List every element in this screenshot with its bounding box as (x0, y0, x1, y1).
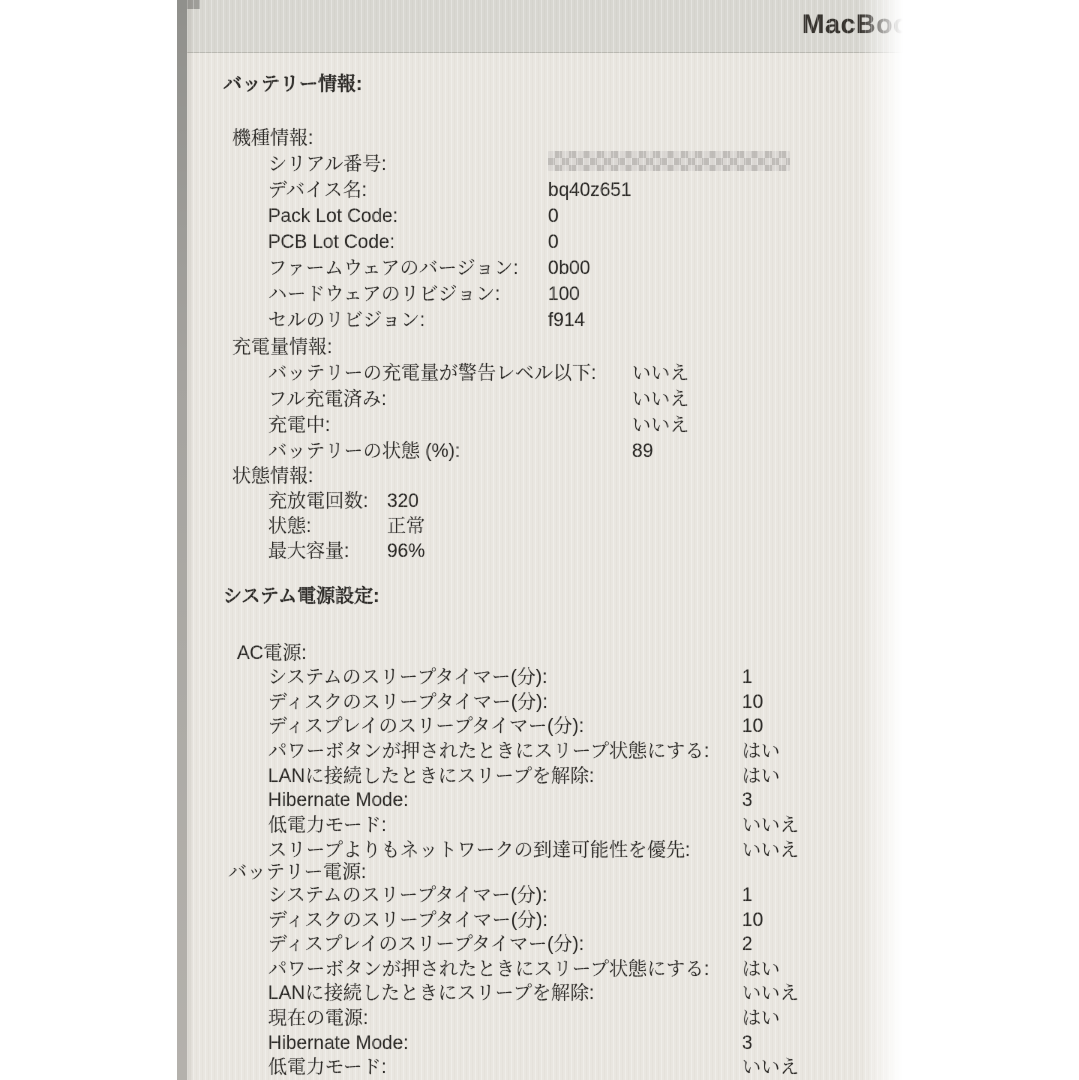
row-value (548, 151, 790, 171)
info-row: バッテリーの状態 (%): 89 (187, 442, 903, 468)
ac-power-heading: AC電源: (237, 644, 307, 663)
setting-row: LANに接続したときにスリープを解除: はい (187, 767, 903, 792)
setting-row: システムのスリープタイマー(分): 1 (187, 668, 903, 693)
row-value: いいえ (742, 984, 799, 1003)
row-value: 1 (742, 668, 753, 687)
info-row: デバイス名: bq40z651 (187, 181, 903, 207)
row-label: 最大容量: (268, 542, 349, 561)
info-row: PCB Lot Code: 0 (187, 233, 903, 259)
row-label: PCB Lot Code: (268, 233, 395, 252)
row-value: 2 (742, 935, 753, 954)
screen-bezel-edge (177, 0, 187, 1080)
row-value: 10 (742, 911, 763, 930)
setting-row: システムのスリープタイマー(分): 1 (187, 886, 903, 911)
row-value: いいえ (742, 841, 799, 860)
row-label: ハードウェアのリビジョン: (268, 285, 500, 304)
info-row: ハードウェアのリビジョン: 100 (187, 285, 903, 311)
row-value: 10 (742, 693, 763, 712)
row-label: シリアル番号: (268, 155, 387, 174)
row-value: 3 (742, 1034, 753, 1053)
row-value: はい (742, 742, 780, 761)
setting-row: Hibernate Mode: 3 (187, 1034, 903, 1059)
row-label: システムのスリープタイマー(分): (268, 886, 547, 905)
row-value: 10 (742, 717, 763, 736)
window-title: MacBoo (802, 11, 903, 38)
model-info-rows: シリアル番号: デバイス名: bq40z651 Pack Lot Code: 0… (187, 155, 903, 337)
power-settings-heading: システム電源設定: (223, 587, 379, 606)
info-row: シリアル番号: (187, 155, 903, 181)
charge-info-heading: 充電量情報: (232, 338, 332, 357)
row-label: フル充電済み: (268, 390, 387, 409)
setting-row: パワーボタンが押されたときにスリープ状態にする: はい (187, 960, 903, 985)
row-value: 1 (742, 886, 753, 905)
info-row: セルのリビジョン: f914 (187, 311, 903, 337)
row-label: バッテリーの充電量が警告レベル以下: (268, 364, 596, 383)
info-row: ファームウェアのバージョン: 0b00 (187, 259, 903, 285)
row-label: ディスプレイのスリープタイマー(分): (268, 717, 584, 736)
row-value: はい (742, 767, 780, 786)
row-value: 0 (548, 233, 559, 252)
battery-info-heading: バッテリー情報: (223, 75, 362, 94)
photo-of-screen: { "window": { "title_visible": "MacBoo" … (0, 0, 1079, 1080)
row-label: 状態: (268, 517, 311, 536)
row-value: 3 (742, 791, 753, 810)
info-row: 最大容量: 96% (187, 542, 903, 567)
row-value: 0 (548, 207, 559, 226)
row-label: 低電力モード: (268, 1058, 387, 1077)
row-label: 充電中: (268, 416, 330, 435)
row-value: 0b00 (548, 259, 590, 278)
row-value: 320 (387, 492, 419, 511)
row-value: 100 (548, 285, 580, 304)
row-label: ディスプレイのスリープタイマー(分): (268, 935, 584, 954)
info-row: フル充電済み: いいえ (187, 390, 903, 416)
info-row: バッテリーの充電量が警告レベル以下: いいえ (187, 364, 903, 390)
setting-row: 現在の電源: はい (187, 1009, 903, 1034)
setting-row: ディスクのスリープタイマー(分): 10 (187, 911, 903, 936)
setting-row: Hibernate Mode: 3 (187, 791, 903, 816)
row-label: スリープよりもネットワークの到達可能性を優先: (268, 841, 690, 860)
system-info-report: MacBoo バッテリー情報: 機種情報: シリアル番号: デバイス名: bq4… (187, 0, 903, 1080)
row-label: システムのスリープタイマー(分): (268, 668, 547, 687)
setting-row: LANに接続したときにスリープを解除: いいえ (187, 984, 903, 1009)
row-label: Hibernate Mode: (268, 791, 408, 810)
row-value: いいえ (632, 390, 689, 409)
row-value: はい (742, 960, 780, 979)
row-label: ディスクのスリープタイマー(分): (268, 693, 548, 712)
charge-info-rows: バッテリーの充電量が警告レベル以下: いいえ フル充電済み: いいえ 充電中: … (187, 364, 903, 468)
setting-row: パワーボタンが押されたときにスリープ状態にする: はい (187, 742, 903, 767)
info-row: 状態: 正常 (187, 517, 903, 542)
setting-row: 低電力モード: いいえ (187, 1058, 903, 1080)
row-value: f914 (548, 311, 585, 330)
battery-power-rows: システムのスリープタイマー(分): 1 ディスクのスリープタイマー(分): 10… (187, 886, 903, 1080)
row-label: Hibernate Mode: (268, 1034, 408, 1053)
row-label: セルのリビジョン: (268, 311, 425, 330)
row-value: 96% (387, 542, 425, 561)
row-value: いいえ (742, 816, 799, 835)
row-label: Pack Lot Code: (268, 207, 398, 226)
window-corner-shadow (187, 0, 200, 9)
window-header-bar (187, 0, 903, 53)
setting-row: ディスプレイのスリープタイマー(分): 2 (187, 935, 903, 960)
row-value: いいえ (742, 1058, 799, 1077)
row-value: いいえ (632, 416, 689, 435)
setting-row: ディスクのスリープタイマー(分): 10 (187, 693, 903, 718)
info-row: Pack Lot Code: 0 (187, 207, 903, 233)
row-value: 89 (632, 442, 653, 461)
row-label: パワーボタンが押されたときにスリープ状態にする: (268, 960, 709, 979)
row-label: LANに接続したときにスリープを解除: (268, 767, 594, 786)
row-label: ディスクのスリープタイマー(分): (268, 911, 548, 930)
row-label: 現在の電源: (268, 1009, 368, 1028)
status-info-rows: 充放電回数: 320 状態: 正常 最大容量: 96% (187, 492, 903, 567)
battery-power-heading: バッテリー電源: (228, 863, 366, 882)
row-value: bq40z651 (548, 181, 631, 200)
row-label: パワーボタンが押されたときにスリープ状態にする: (268, 742, 709, 761)
row-label: ファームウェアのバージョン: (268, 259, 518, 278)
row-value: 正常 (387, 517, 425, 536)
setting-row: ディスプレイのスリープタイマー(分): 10 (187, 717, 903, 742)
row-label: 低電力モード: (268, 816, 387, 835)
info-row: 充電中: いいえ (187, 416, 903, 442)
row-label: デバイス名: (268, 181, 367, 200)
row-label: LANに接続したときにスリープを解除: (268, 984, 594, 1003)
row-value: はい (742, 1009, 780, 1028)
setting-row: 低電力モード: いいえ (187, 816, 903, 841)
model-info-heading: 機種情報: (232, 129, 313, 148)
row-label: バッテリーの状態 (%): (268, 442, 460, 461)
row-label: 充放電回数: (268, 492, 368, 511)
ac-power-rows: システムのスリープタイマー(分): 1 ディスクのスリープタイマー(分): 10… (187, 668, 903, 866)
row-value: いいえ (632, 364, 689, 383)
status-info-heading: 状態情報: (232, 467, 313, 486)
info-row: 充放電回数: 320 (187, 492, 903, 517)
